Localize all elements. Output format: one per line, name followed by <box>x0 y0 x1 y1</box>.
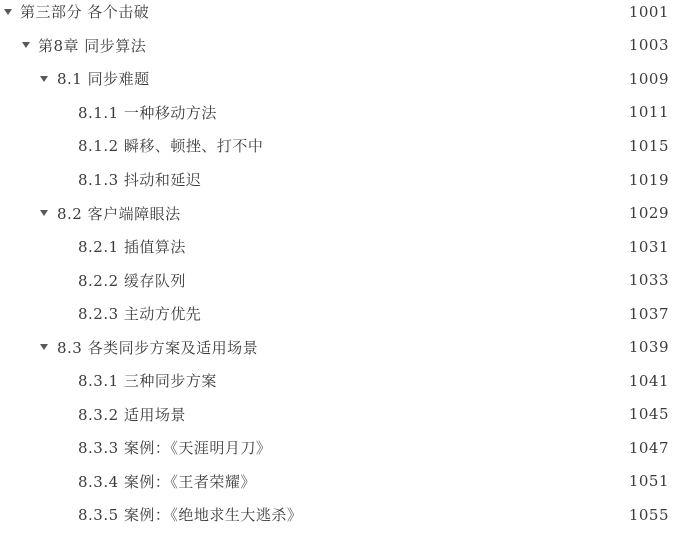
toc-item-label[interactable]: 第8章 同步算法 <box>38 35 146 56</box>
toc-item-label[interactable]: 8.3.2 适用场景 <box>78 404 186 425</box>
toc-item-label[interactable]: 8.3.3 案例：《天涯明月刀》 <box>78 437 271 458</box>
toc-item-label[interactable]: 8.1 同步难题 <box>57 68 150 89</box>
toc-item[interactable]: 8.3.4 案例：《王者荣耀》 1051 <box>0 465 673 499</box>
collapse-toggle-icon[interactable] <box>22 42 30 48</box>
toc-item[interactable]: 8.2 客户端障眼法 1029 <box>0 196 673 230</box>
toc-item[interactable]: 8.3.2 适用场景 1045 <box>0 398 673 432</box>
toc-item-label[interactable]: 8.3.5 案例：《绝地求生大逃杀》 <box>78 504 302 525</box>
toc-item-label[interactable]: 8.1.3 抖动和延迟 <box>78 169 201 190</box>
toc-item[interactable]: 8.1 同步难题 1009 <box>0 62 673 96</box>
toc-item[interactable]: 8.3 各类同步方案及适用场景 1039 <box>0 330 673 364</box>
toc-item-label[interactable]: 8.2.2 缓存队列 <box>78 270 186 291</box>
toc-item[interactable]: 8.3.1 三种同步方案 1041 <box>0 364 673 398</box>
collapse-toggle-icon[interactable] <box>4 9 12 15</box>
toc-item-page: 1011 <box>629 103 673 121</box>
toc-item-page: 1031 <box>629 238 673 256</box>
toc-item[interactable]: 8.2.1 插值算法 1031 <box>0 230 673 264</box>
toc-item-label[interactable]: 第三部分 各个击破 <box>20 1 149 22</box>
toc-item[interactable]: 8.1.3 抖动和延迟 1019 <box>0 163 673 197</box>
toc-item-page: 1029 <box>629 204 673 222</box>
collapse-toggle-icon[interactable] <box>40 76 48 82</box>
collapse-toggle-icon[interactable] <box>40 210 48 216</box>
toc-item-page: 1045 <box>629 405 673 423</box>
toc-item[interactable]: 第8章 同步算法 1003 <box>0 29 673 63</box>
toc-list: 第三部分 各个击破 1001 第8章 同步算法 1003 8.1 同步难题 10… <box>0 0 673 532</box>
toc-item[interactable]: 8.2.3 主动方优先 1037 <box>0 297 673 331</box>
toc-item-page: 1033 <box>629 271 673 289</box>
toc-item-page: 1019 <box>629 171 673 189</box>
toc-item-label[interactable]: 8.2.1 插值算法 <box>78 236 186 257</box>
toc-item-label[interactable]: 8.1.2 瞬移、顿挫、打不中 <box>78 135 263 156</box>
toc-item-page: 1001 <box>629 3 673 21</box>
toc-item[interactable]: 8.3.5 案例：《绝地求生大逃杀》 1055 <box>0 498 673 532</box>
toc-item[interactable]: 8.1.1 一种移动方法 1011 <box>0 96 673 130</box>
toc-item-label[interactable]: 8.3.4 案例：《王者荣耀》 <box>78 471 256 492</box>
toc-item[interactable]: 第三部分 各个击破 1001 <box>0 0 673 29</box>
toc-item-page: 1041 <box>629 372 673 390</box>
toc-item-page: 1039 <box>629 338 673 356</box>
toc-item-label[interactable]: 8.2 客户端障眼法 <box>57 203 181 224</box>
toc-item[interactable]: 8.2.2 缓存队列 1033 <box>0 263 673 297</box>
toc-item-page: 1009 <box>629 70 673 88</box>
toc-item-label[interactable]: 8.2.3 主动方优先 <box>78 303 201 324</box>
toc-item[interactable]: 8.3.3 案例：《天涯明月刀》 1047 <box>0 431 673 465</box>
toc-item-page: 1037 <box>629 305 673 323</box>
toc-item-page: 1055 <box>629 506 673 524</box>
toc-item-page: 1003 <box>629 36 673 54</box>
toc-item-page: 1047 <box>629 439 673 457</box>
toc-item-label[interactable]: 8.3 各类同步方案及适用场景 <box>57 337 258 358</box>
toc-item-label[interactable]: 8.3.1 三种同步方案 <box>78 370 217 391</box>
toc-item[interactable]: 8.1.2 瞬移、顿挫、打不中 1015 <box>0 129 673 163</box>
bookmarks-panel: 第三部分 各个击破 1001 第8章 同步算法 1003 8.1 同步难题 10… <box>0 0 673 532</box>
collapse-toggle-icon[interactable] <box>40 344 48 350</box>
toc-item-page: 1015 <box>629 137 673 155</box>
toc-item-page: 1051 <box>629 472 673 490</box>
toc-item-label[interactable]: 8.1.1 一种移动方法 <box>78 102 217 123</box>
